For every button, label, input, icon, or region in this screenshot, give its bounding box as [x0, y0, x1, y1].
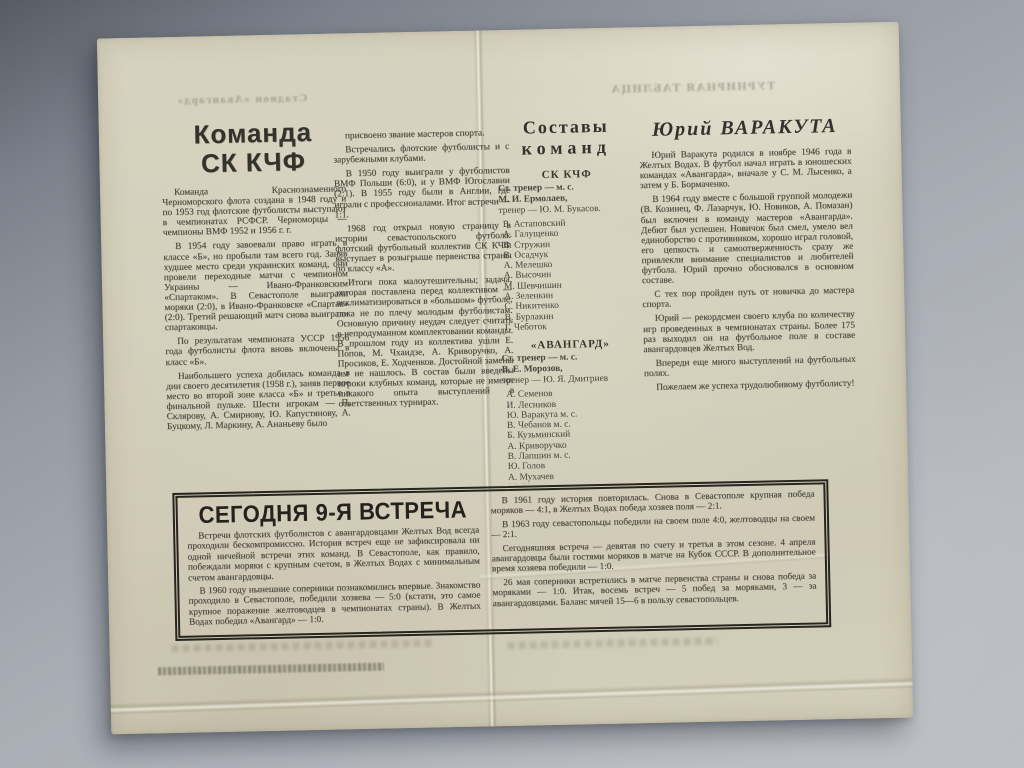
paragraph: Наибольшего успеха добилась команда в дн…: [166, 368, 351, 432]
paragraph: Юрий — рекордсмен своего клуба по количе…: [643, 310, 856, 355]
team2-name: «АВАНГАРД»: [501, 337, 639, 352]
paragraph: Пожелаем же успеха трудолюбивому футболи…: [644, 379, 856, 394]
article-team-sk-kchf: КомандаСК КЧФ Команда Краснознаменного Ч…: [161, 117, 353, 489]
paragraph: С тех пор пройден путь от новичка до мас…: [642, 286, 854, 311]
player-name: Г. Чеботок: [501, 320, 639, 333]
paragraph: По результатам чемпионата УССР 1956 года…: [165, 334, 350, 368]
article-title-sk-kchf: КомандаСК КЧФ: [161, 117, 346, 179]
match-box-left-body: Встречи флотских футболистов с авангардо…: [187, 525, 481, 628]
horizontal-crease: [111, 677, 913, 716]
article-body-column-2: присвоено звание мастеров спорта.Встреча…: [333, 128, 515, 410]
bleedthrough-text-right: ТУРНИРНАЯ ТАБЛИЦА: [610, 78, 776, 96]
paragraph: Впереди еще много выступлений на футболь…: [644, 354, 856, 379]
bleedthrough-smudge-bottom-left: [172, 640, 432, 652]
paragraph: В 1963 году севастопольцы победили на св…: [491, 512, 815, 540]
article-continuation-column-2: присвоено звание мастеров спорта.Встреча…: [333, 128, 516, 488]
staff-line: тренер — Ю. Я. Дмитриев: [502, 373, 640, 387]
paragraph: Встречи флотских футболистов с авангардо…: [187, 525, 480, 583]
team2-player-list: А. СеменовИ. ЛесниковЮ. Варакута м. с.В.…: [502, 387, 642, 484]
paragraph: В 1964 году вместе с большой группой мол…: [640, 191, 854, 286]
profile-body: Юрий Варакута родился в ноябре 1946 года…: [639, 147, 856, 393]
lineups-title: Составыкоманд: [497, 115, 636, 160]
paragraph: присвоено звание мастеров спорта.: [333, 128, 509, 142]
team1-player-list: В. АстаповскийА. ГалущенкоВ. СтружинВ. О…: [499, 217, 639, 333]
bleedthrough-smudge-bottom-right: [508, 638, 718, 649]
player-profile-varakuta: Юрий ВАРАКУТА Юрий Варакута родился в но…: [639, 115, 858, 475]
program-page: Стадион «Авангард» ТУРНИРНАЯ ТАБЛИЦА Ком…: [97, 22, 913, 735]
match-box-right-body: В 1961 году история повторилась. Снова в…: [490, 489, 816, 609]
lineups-title-line-2: команд: [521, 137, 611, 159]
paragraph: Юрий Варакута родился в ноябре 1946 года…: [639, 147, 852, 192]
match-box-left-column: СЕГОДНЯ 9-Я ВСТРЕЧА Встречи флотских фут…: [187, 496, 482, 632]
team-lineups-column: Составыкоманд СК КЧФ Ст. тренер — м. с.М…: [497, 115, 643, 484]
paragraph: В 1961 году история повторилась. Снова в…: [490, 489, 814, 517]
todays-match-box: СЕГОДНЯ 9-Я ВСТРЕЧА Встречи флотских фут…: [172, 479, 831, 641]
print-imprint-smudge: [158, 663, 384, 676]
paragraph: Команда Краснознаменного Черноморского ф…: [162, 184, 347, 238]
title-line-1: Команда: [193, 117, 312, 149]
paragraph: 26 мая соперники встретились в матче пер…: [492, 570, 817, 608]
team1-name: СК КЧФ: [498, 167, 636, 182]
team1-staff: Ст. тренер — м. с.М. И. Ермолаев,тренер …: [498, 181, 637, 217]
lineups-title-line-1: Составы: [523, 116, 609, 138]
match-box-right-column: В 1961 году история повторилась. Снова в…: [490, 489, 817, 626]
paragraph: В 1954 году завоевали право играть в кла…: [163, 239, 349, 334]
paragraph: Итоги пока малоутешительны; задача, кото…: [336, 275, 515, 410]
match-box-title: СЕГОДНЯ 9-Я ВСТРЕЧА: [187, 496, 480, 529]
paragraph: Встречались флотские футболисты и с зару…: [333, 142, 509, 166]
paragraph: 1968 год открыл новую страницу в истории…: [335, 221, 512, 275]
team2-staff: Ст. тренер — м. с.В. Е. Морозов,тренер —…: [502, 351, 641, 387]
title-line-2: СК КЧФ: [201, 146, 306, 178]
profile-title: Юрий ВАРАКУТА: [639, 115, 851, 142]
bleedthrough-text-left: Стадион «Авангард»: [176, 92, 307, 107]
paragraph: В 1960 году нынешние соперники познакоми…: [188, 580, 481, 628]
paragraph: Сегодняшняя встреча — девятая по счету и…: [491, 536, 816, 574]
paragraph: В 1950 году выиграли у футболистов ВМФ П…: [334, 166, 511, 220]
article-body-column-1: Команда Краснознаменного Черноморского ф…: [162, 184, 351, 432]
staff-line: тренер — Ю. М. Букасов.: [498, 203, 636, 217]
